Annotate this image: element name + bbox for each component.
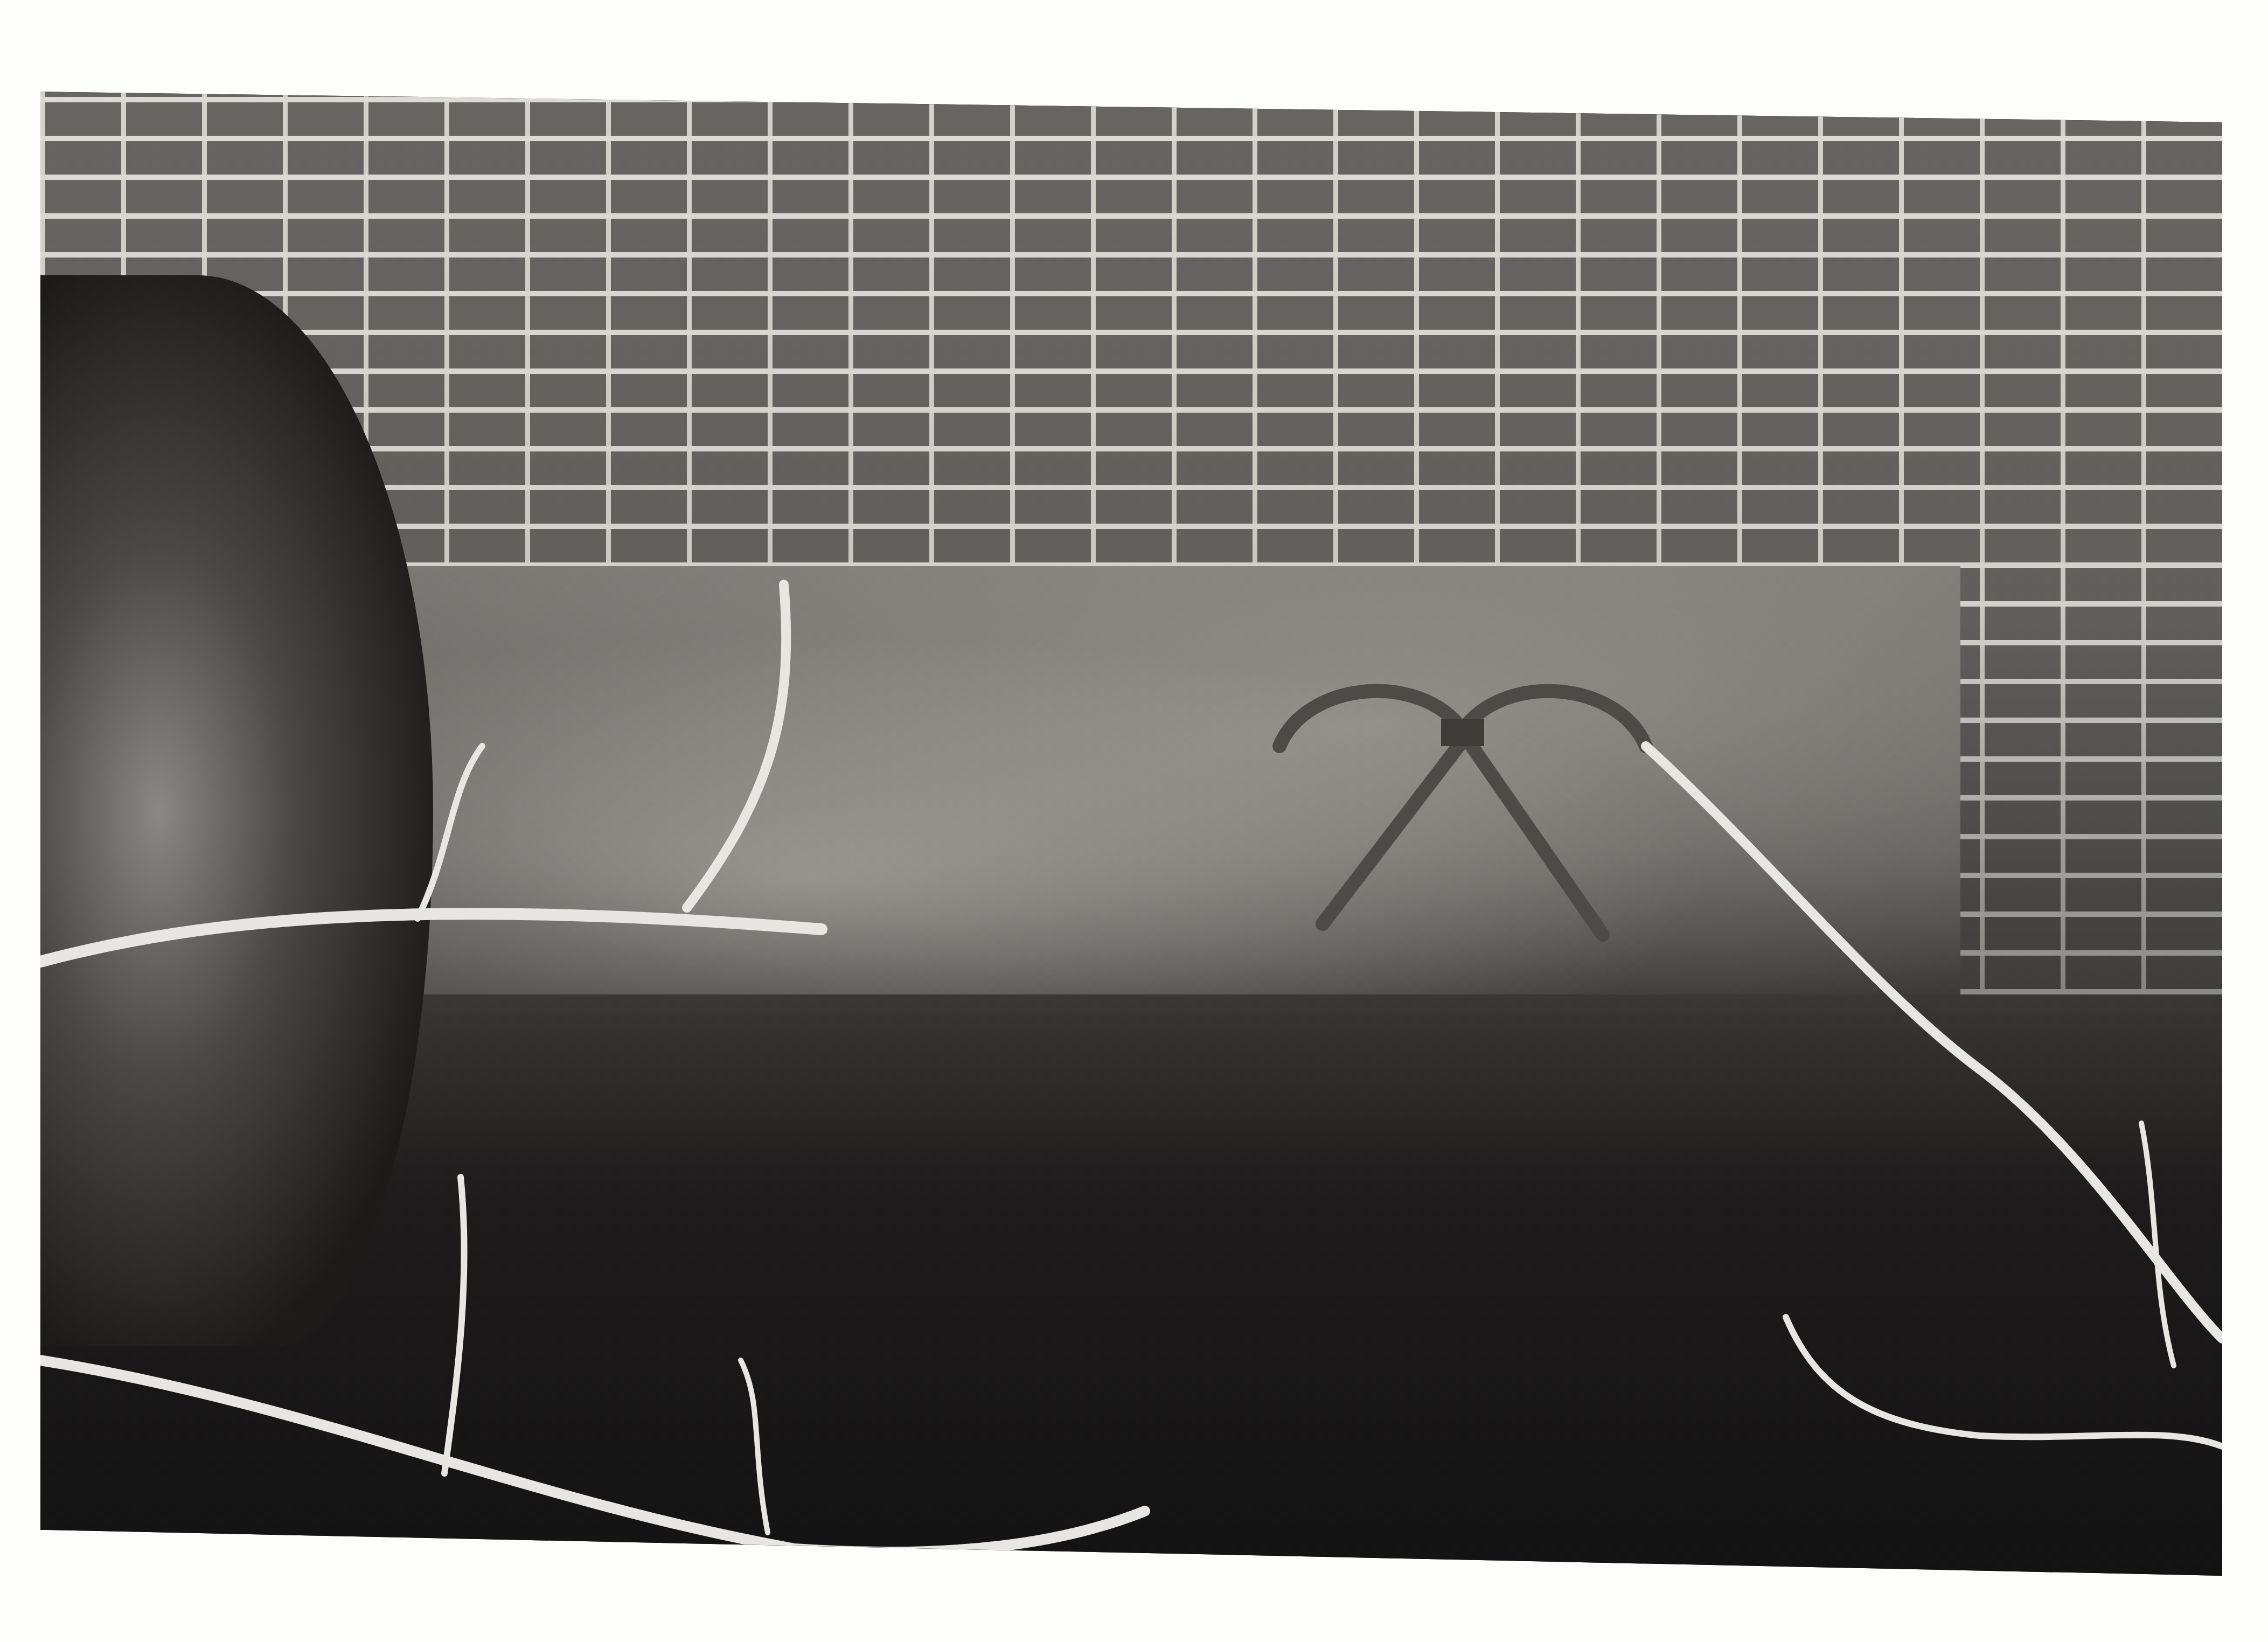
photograph (40, 46, 2222, 1576)
iron-anchor (1279, 691, 1646, 935)
foreground-layer (40, 46, 2222, 1576)
bare-branches (40, 585, 2222, 1552)
